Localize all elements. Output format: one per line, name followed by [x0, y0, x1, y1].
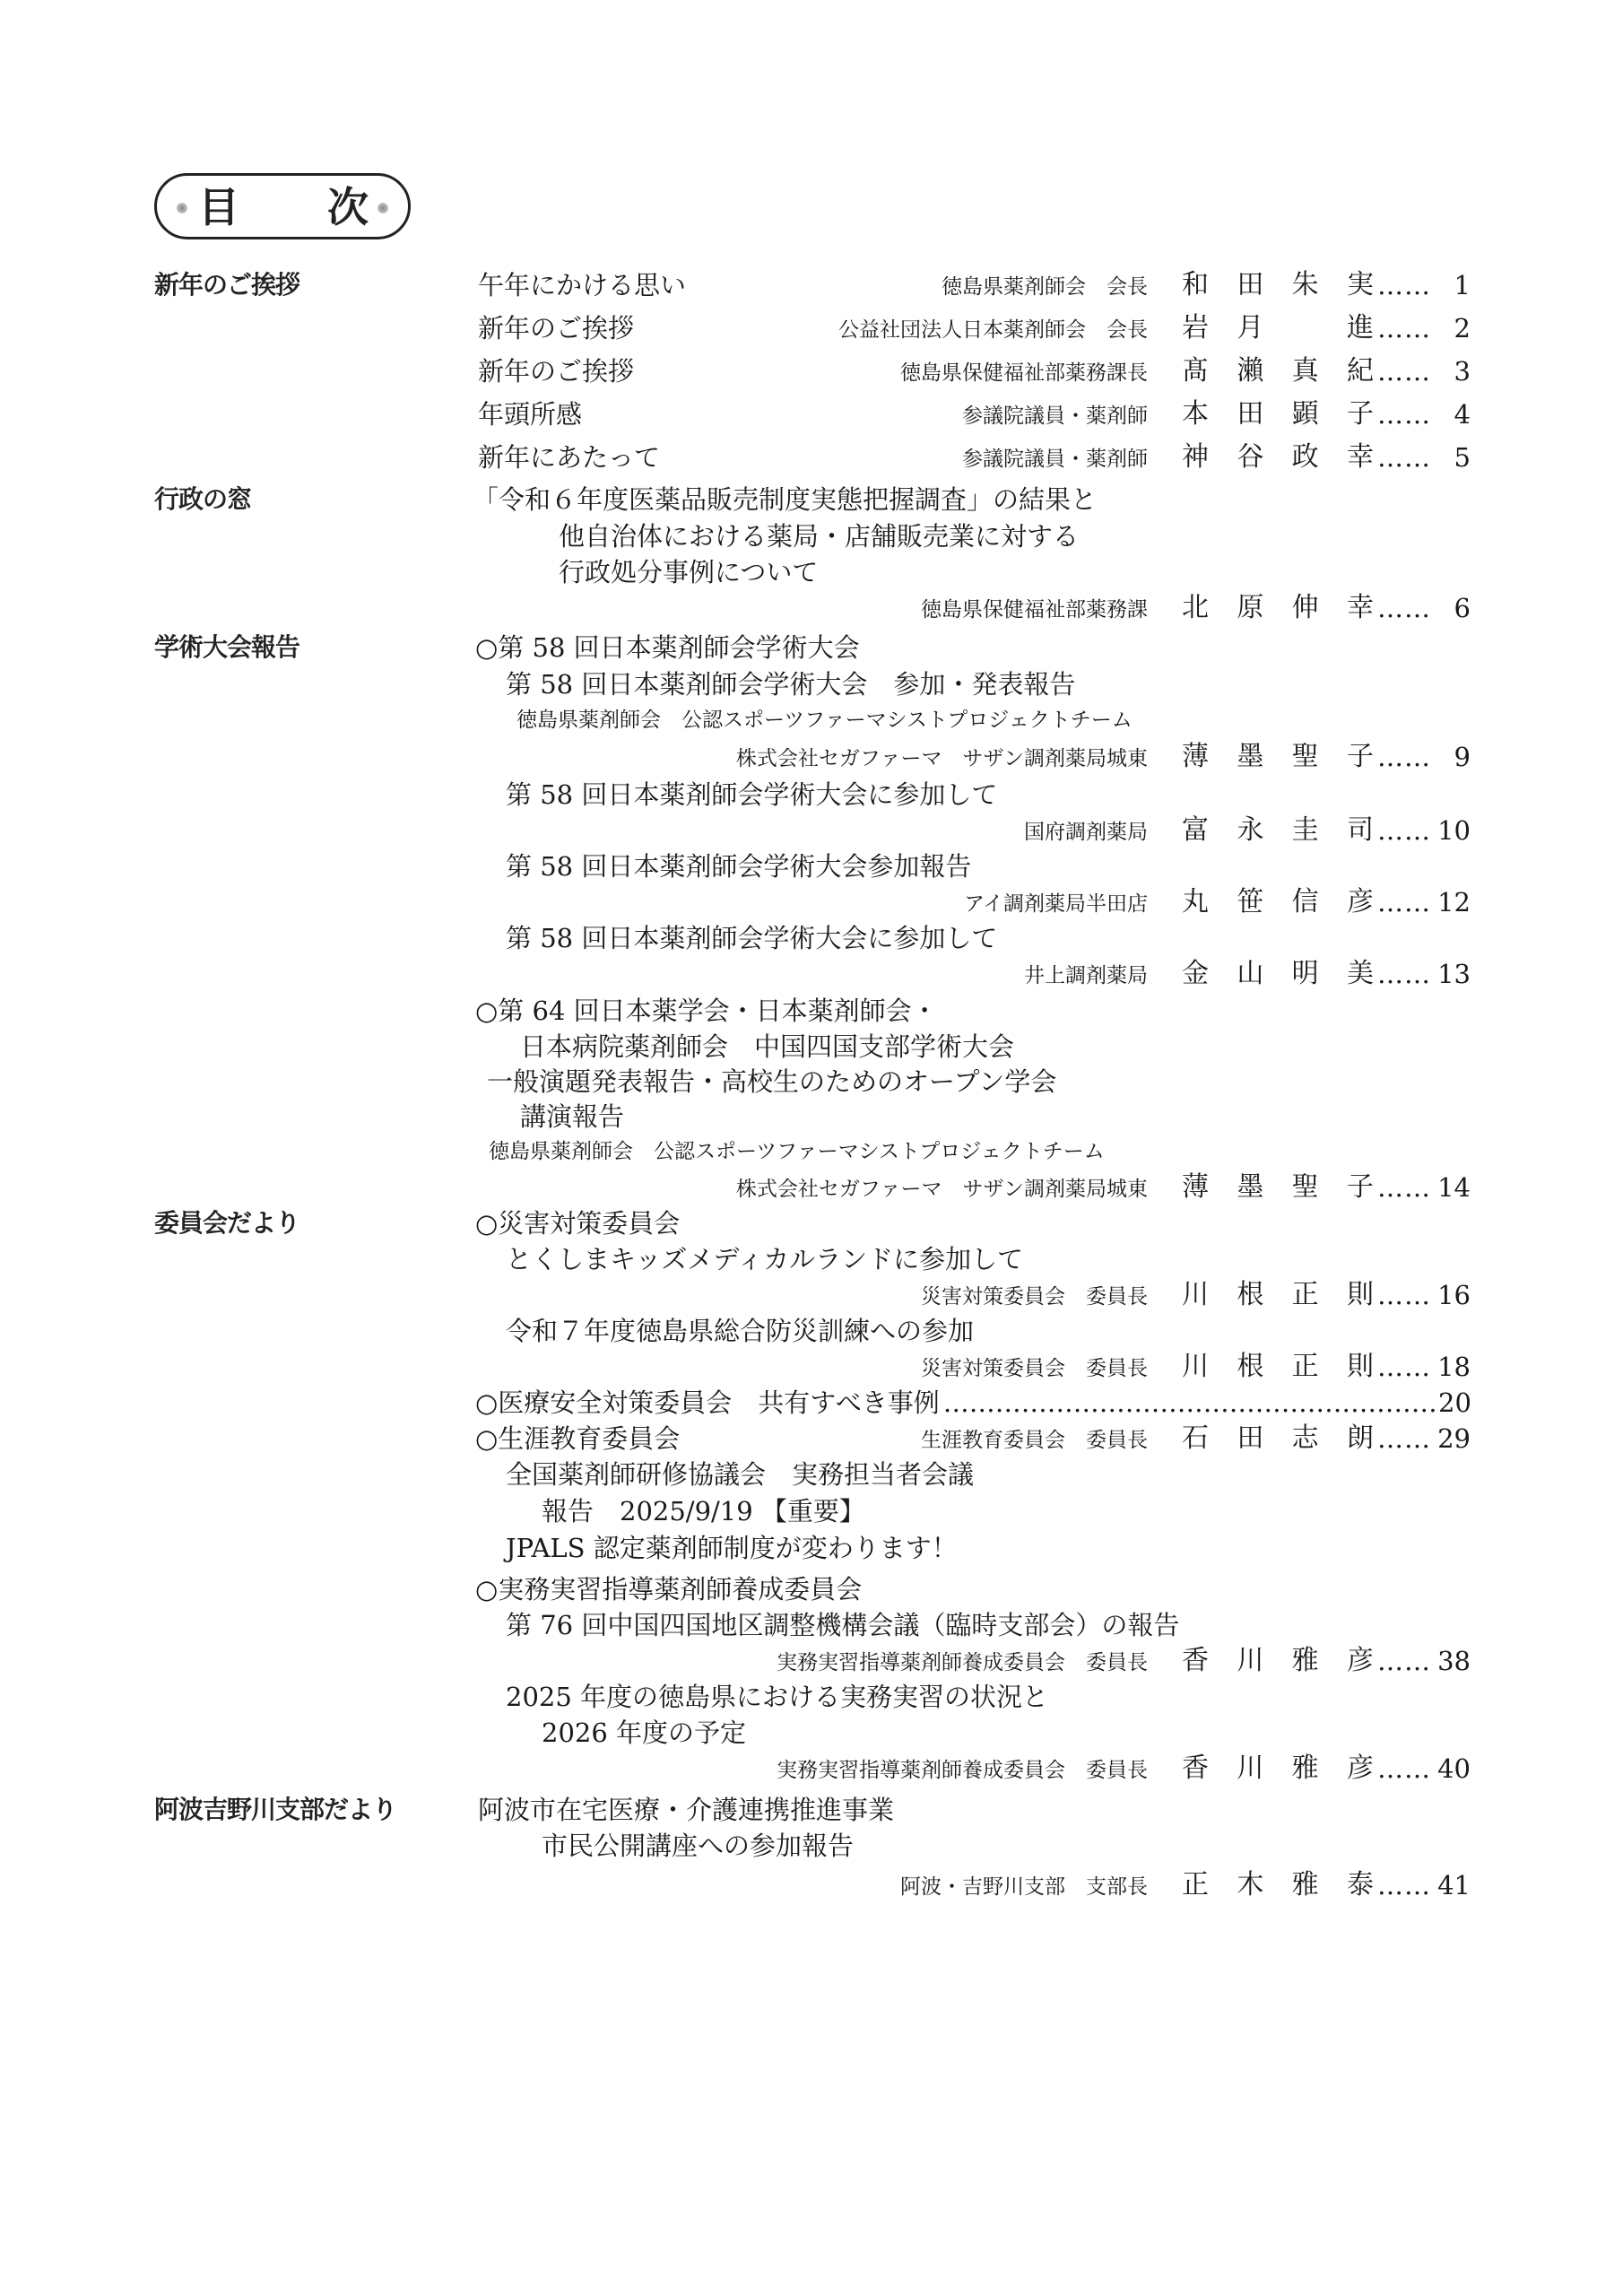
author-name-char: 真	[1292, 355, 1319, 387]
author-name-char: 明	[1292, 958, 1319, 990]
author-name-char: 幸	[1347, 592, 1374, 624]
author-name-char: 聖	[1292, 741, 1319, 773]
leader-dots: ……	[1377, 398, 1431, 430]
author-affiliation: 株式会社セガファーマ サザン調剤薬局城東	[736, 1173, 1148, 1205]
page-number-value: 12	[1437, 886, 1471, 918]
table-of-contents-heading: 目 次	[154, 173, 411, 239]
page-number-value: 14	[1437, 1171, 1471, 1204]
author-affiliation: 徳島県薬剤師会 会長	[942, 271, 1148, 303]
bullet-dot-icon	[177, 203, 187, 213]
author-name-char: 正	[1182, 1869, 1209, 1901]
article-title-line[interactable]: 市民公開講座への参加報告	[542, 1830, 854, 1862]
author-name: 薄墨聖子	[1182, 1171, 1374, 1204]
article-title-line[interactable]: 阿波市在宅医療・介護連携推進事業	[478, 1794, 894, 1826]
leader-dots: ……	[1377, 958, 1431, 990]
author-name-char: 泰	[1347, 1869, 1374, 1901]
article-title-line[interactable]: 第 58 回日本薬剤師会学術大会 参加・発表報告	[506, 668, 1075, 700]
page-number-value: 10	[1437, 814, 1471, 847]
author-name-char: 香	[1182, 1645, 1209, 1677]
leader-dots: …………………………………………………………………………………………………………	[943, 1387, 1435, 1419]
page-number-value: 2	[1454, 312, 1471, 344]
article-title-line[interactable]: 徳島県薬剤師会 公認スポーツファーマシストプロジェクトチーム	[489, 1135, 1105, 1168]
author-affiliation: 災害対策委員会 委員長	[921, 1281, 1148, 1313]
page-number-value: 40	[1437, 1752, 1471, 1785]
author-name: 川根正則	[1182, 1351, 1374, 1383]
section-heading: 新年のご挨拶	[154, 269, 299, 301]
author-name-char: 子	[1347, 1171, 1374, 1204]
author-name-char: 永	[1237, 814, 1263, 847]
author-name-char: 川	[1182, 1279, 1209, 1311]
article-title-line[interactable]: ○実務実習指導薬剤師養成委員会	[475, 1573, 862, 1605]
article-title-line[interactable]: JPALS 認定薬剤師制度が変わります！	[506, 1532, 958, 1564]
page-number: ……13	[1377, 958, 1471, 990]
author-affiliation: 徳島県保健福祉部薬務課長	[900, 357, 1148, 389]
leader-dots: ……	[1377, 1171, 1431, 1204]
author-name-char: 薄	[1182, 1171, 1209, 1204]
author-affiliation: 井上調剤薬局	[1024, 960, 1148, 992]
author-name-char: 聖	[1292, 1171, 1319, 1204]
page-number: ……2	[1377, 312, 1471, 344]
author-name-char: 雅	[1292, 1645, 1319, 1677]
leader-dots: ……	[1377, 1351, 1431, 1383]
author-name-char: 正	[1292, 1279, 1319, 1311]
author-name: 髙瀨真紀	[1182, 355, 1374, 387]
author-name-char: 幸	[1347, 441, 1374, 474]
article-title-line[interactable]: 全国薬剤師研修協議会 実務担当者会議	[506, 1458, 974, 1491]
author-name-char: 川	[1237, 1645, 1263, 1677]
author-name: 本田顕子	[1182, 398, 1374, 430]
page-number: ……5	[1377, 441, 1471, 474]
page-number: ……16	[1377, 1279, 1471, 1311]
author-name-char: 笹	[1237, 886, 1263, 918]
author-name-char: 北	[1182, 592, 1209, 624]
author-name-char: 顕	[1292, 398, 1319, 430]
author-name-char: 朗	[1347, 1422, 1374, 1455]
page-number: ……4	[1377, 398, 1471, 430]
page-number: ……10	[1377, 814, 1471, 847]
author-name-char: 墨	[1237, 1171, 1263, 1204]
leader-dots: ……	[1377, 312, 1431, 344]
article-title-line[interactable]: 第 58 回日本薬剤師会学術大会参加報告	[506, 850, 971, 883]
author-name-char: 圭	[1292, 814, 1319, 847]
author-name-char: 田	[1237, 1422, 1263, 1455]
section-heading: 行政の窓	[154, 483, 251, 516]
author-name-char: 田	[1237, 269, 1263, 301]
author-name-char: 美	[1347, 958, 1374, 990]
author-name: 金山明美	[1182, 958, 1374, 990]
article-title-line[interactable]: 第 58 回日本薬剤師会学術大会に参加して	[506, 778, 997, 811]
page-number: ……41	[1377, 1869, 1471, 1901]
article-title-line[interactable]: とくしまキッズメディカルランドに参加して	[506, 1243, 1023, 1275]
author-affiliation: 参議院議員・薬剤師	[962, 400, 1148, 432]
author-affiliation: 徳島県保健福祉部薬務課	[921, 594, 1148, 626]
author-name-char: 志	[1292, 1422, 1319, 1455]
author-name-char: 則	[1347, 1351, 1374, 1383]
author-name: 岩月進	[1182, 312, 1374, 344]
page-number-value: 1	[1454, 269, 1471, 301]
author-name-char: 根	[1237, 1279, 1263, 1311]
author-name-char: 石	[1182, 1422, 1209, 1455]
article-title-line[interactable]: 日本病院薬剤師会 中国四国支部学術大会	[520, 1031, 1014, 1063]
article-title-line[interactable]: ○生涯教育委員会	[475, 1422, 680, 1455]
leader-dots: ……	[1377, 355, 1431, 387]
section-heading: 阿波吉野川支部だより	[154, 1794, 396, 1826]
article-title-line[interactable]: ○災害対策委員会	[475, 1207, 680, 1239]
author-name-char: 伸	[1292, 592, 1319, 624]
author-name-char: 墨	[1237, 741, 1263, 773]
author-name-char: 朱	[1292, 269, 1319, 301]
author-name-char: 和	[1182, 269, 1209, 301]
author-name-char: 彦	[1347, 1752, 1374, 1785]
leader-dots: ……	[1377, 1422, 1431, 1455]
leader-dots: ……	[1377, 886, 1431, 918]
author-affiliation: 生涯教育委員会 委員長	[921, 1424, 1148, 1457]
author-name-char: 岩	[1182, 312, 1209, 344]
page-number: ……29	[1377, 1422, 1471, 1455]
page-number: ……1	[1377, 269, 1471, 301]
author-name-char: 本	[1182, 398, 1209, 430]
section-heading: 学術大会報告	[154, 631, 299, 664]
article-title-line[interactable]: 令和７年度徳島県総合防災訓練への参加	[506, 1315, 974, 1347]
author-name-char: 彦	[1347, 886, 1374, 918]
article-title-line[interactable]: 年頭所感	[478, 398, 582, 430]
article-title-line[interactable]: 行政処分事例について	[559, 556, 818, 588]
author-name: 神谷政幸	[1182, 441, 1374, 474]
author-name-char: 山	[1237, 958, 1263, 990]
author-name-char: 木	[1237, 1869, 1263, 1901]
author-name-char: 紀	[1347, 355, 1374, 387]
page-number-value: 13	[1437, 958, 1471, 990]
page-number-value: 18	[1437, 1351, 1471, 1383]
author-name-char	[1292, 312, 1319, 344]
author-name-char: 原	[1237, 592, 1263, 624]
author-name-char: 信	[1292, 886, 1319, 918]
author-name: 香川雅彦	[1182, 1645, 1374, 1677]
author-name-char: 金	[1182, 958, 1209, 990]
author-name-char: 根	[1237, 1351, 1263, 1383]
article-title-line[interactable]: 新年のご挨拶	[478, 312, 634, 344]
leader-dots: ……	[1377, 1645, 1431, 1677]
author-affiliation: 公益社団法人日本薬剤師会 会長	[838, 314, 1148, 346]
bullet-dot-icon	[378, 203, 388, 213]
author-name-char: 丸	[1182, 886, 1209, 918]
author-name-char: 瀨	[1237, 355, 1263, 387]
page-number: ……40	[1377, 1752, 1471, 1785]
leader-dots: ……	[1377, 1752, 1431, 1785]
leader-dots: ……	[1377, 441, 1431, 474]
author-affiliation: 国府調剤薬局	[1024, 816, 1148, 848]
article-title-line[interactable]: ○第 64 回日本薬学会・日本薬剤師会・	[475, 995, 938, 1027]
author-name-char: 雅	[1292, 1752, 1319, 1785]
leader-dots: ……	[1377, 592, 1431, 624]
author-affiliation: アイ調剤薬局半田店	[964, 888, 1148, 920]
article-title-line[interactable]: 「令和６年度医薬品販売制度実態把握調査」の結果と	[473, 483, 1097, 516]
author-name: 香川雅彦	[1182, 1752, 1374, 1785]
author-name-char: 川	[1237, 1752, 1263, 1785]
page-number-value: 4	[1454, 398, 1471, 430]
author-name-char: 神	[1182, 441, 1209, 474]
page-number: ……3	[1377, 355, 1471, 387]
heading-char-1: 目	[198, 183, 239, 231]
page-number-value: 6	[1454, 592, 1471, 624]
author-name-char: 進	[1347, 312, 1374, 344]
heading-char-2: 次	[327, 183, 369, 231]
article-title-line[interactable]: 第 58 回日本薬剤師会学術大会に参加して	[506, 922, 997, 954]
author-affiliation: 実務実習指導薬剤師養成委員会 委員長	[777, 1647, 1148, 1679]
author-name-char: 政	[1292, 441, 1319, 474]
article-title-line[interactable]: 他自治体における薬局・店舗販売業に対する	[559, 520, 1079, 552]
author-affiliation: 実務実習指導薬剤師養成委員会 委員長	[777, 1754, 1148, 1787]
author-name-char: 髙	[1182, 355, 1209, 387]
article-title-line[interactable]: 2025 年度の徳島県における実務実習の状況と	[506, 1681, 1048, 1713]
author-name: 和田朱実	[1182, 269, 1374, 301]
author-name-char: 川	[1182, 1351, 1209, 1383]
article-title-line[interactable]: 講演報告	[520, 1100, 624, 1133]
article-title-line[interactable]: 新年にあたって	[478, 441, 660, 474]
author-affiliation: 参議院議員・薬剤師	[962, 443, 1148, 475]
author-name-char: 子	[1347, 398, 1374, 430]
page-number-value: 41	[1437, 1869, 1471, 1901]
author-name-char: 月	[1237, 312, 1263, 344]
page-number: ……12	[1377, 886, 1471, 918]
article-title-line[interactable]: 2026 年度の予定	[542, 1717, 746, 1749]
article-title-line[interactable]: 報告 2025/9/19 【重要】	[542, 1495, 865, 1527]
article-title-line[interactable]: 徳島県薬剤師会 公認スポーツファーマシストプロジェクトチーム	[516, 704, 1133, 736]
page-number-value: 16	[1437, 1279, 1471, 1311]
page-number-value: 20	[1438, 1387, 1471, 1419]
author-name-char: 司	[1347, 814, 1374, 847]
author-name: 丸笹信彦	[1182, 886, 1374, 918]
author-name-char: 薄	[1182, 741, 1209, 773]
author-name-char: 実	[1347, 269, 1374, 301]
leader-dots: ……	[1377, 1279, 1431, 1311]
author-name-char: 則	[1347, 1279, 1374, 1311]
author-name: 薄墨聖子	[1182, 741, 1374, 773]
page-number-value: 38	[1437, 1645, 1471, 1677]
page-number-value: 9	[1454, 741, 1471, 773]
author-affiliation: 株式会社セガファーマ サザン調剤薬局城東	[736, 743, 1148, 775]
author-affiliation: 阿波・吉野川支部 支部長	[900, 1871, 1148, 1903]
page-number: ……6	[1377, 592, 1471, 624]
author-name-char: 香	[1182, 1752, 1209, 1785]
page-number-value: 5	[1454, 441, 1471, 474]
page-number: ……9	[1377, 741, 1471, 773]
leader-dots: ……	[1377, 269, 1431, 301]
article-title-line[interactable]: ○医療安全対策委員会 共有すべき事例	[475, 1387, 940, 1419]
page-number-value: 29	[1437, 1422, 1471, 1455]
page-number-value: 3	[1454, 355, 1471, 387]
author-name: 石田志朗	[1182, 1422, 1374, 1455]
page-number: ……18	[1377, 1351, 1471, 1383]
article-title-line[interactable]: 第 76 回中国四国地区調整機構会議（臨時支部会）の報告	[506, 1609, 1179, 1641]
author-name: 富永圭司	[1182, 814, 1374, 847]
page-number: ……38	[1377, 1645, 1471, 1677]
author-name-char: 田	[1237, 398, 1263, 430]
author-name-char: 雅	[1292, 1869, 1319, 1901]
author-name-char: 富	[1182, 814, 1209, 847]
article-title-line[interactable]: 午年にかける思い	[478, 269, 686, 301]
section-heading: 委員会だより	[154, 1207, 299, 1239]
author-name: 北原伸幸	[1182, 592, 1374, 624]
author-name-char: 正	[1292, 1351, 1319, 1383]
author-name: 正木雅泰	[1182, 1869, 1374, 1901]
leader-dots: ……	[1377, 1869, 1431, 1901]
article-title-line[interactable]: 一般演題発表報告・高校生のためのオープン学会	[487, 1065, 1056, 1098]
article-title-line[interactable]: 新年のご挨拶	[478, 355, 634, 387]
author-name-char: 谷	[1237, 441, 1263, 474]
page-number: ……14	[1377, 1171, 1471, 1204]
author-name: 川根正則	[1182, 1279, 1374, 1311]
leader-dots: ……	[1377, 741, 1431, 773]
article-title-line[interactable]: ○第 58 回日本薬剤師会学術大会	[475, 631, 860, 664]
author-affiliation: 災害対策委員会 委員長	[921, 1352, 1148, 1385]
author-name-char: 彦	[1347, 1645, 1374, 1677]
leader-dots: ……	[1377, 814, 1431, 847]
author-name-char: 子	[1347, 741, 1374, 773]
